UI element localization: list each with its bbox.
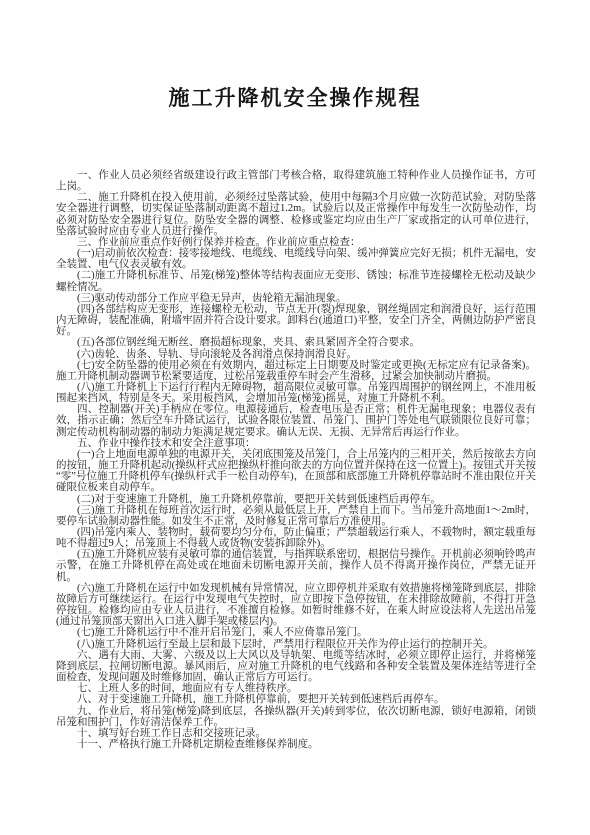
paragraph: (五)施工升降机应装有灵敏可靠的通信装置，与指挥联系密切，根据信号操作。开机前必…	[56, 549, 536, 582]
paragraph: (一)启动前依次检查：接零接地线、电缆线、电缆线导向架、缓冲弹簧应完好无损；机件…	[56, 248, 536, 270]
paragraph: 四、控制器(开关)手柄应在零位。电源接通后，检查电压是否正常；机件无漏电现象；电…	[56, 404, 536, 437]
paragraph: (一)合上地面电源单独的电源开关，关闭底围笼及吊笼门，合上吊笼内的三相开关，然后…	[56, 449, 536, 494]
document-title: 施工升降机安全操作规程	[0, 0, 590, 112]
paragraph: (二)施工升降机标准节、吊笼(梯笼)整体等结构表面应无变形、锈蚀；标准节连接螺栓…	[56, 270, 536, 292]
paragraph: (三)施工升降机在每班首次运行时，必须从最低层上开，严禁自上而下。当吊笼升高地面…	[56, 505, 536, 527]
paragraph: 七、上班人多的时间，地面应有专人维持秩序。	[56, 683, 536, 694]
paragraph: 九、作业后，将吊笼(梯笼)降到底层，各操纵器(开关)转到零位，依次切断电源，锁好…	[56, 706, 536, 728]
paragraph: 三、作业前应重点作好例行保养并检查。作业前应重点检查：	[56, 237, 536, 248]
paragraph: (四)吊笼内乘人、装物时，载荷要均匀分布，防止偏重；严禁超载运行乘人，不载物时，…	[56, 527, 536, 549]
paragraph: (二)对于变速施工升降机，施工升降机停靠前，要把开关转到低速档后再停车。	[56, 494, 536, 505]
paragraph: 十、填写好台班工作日志和交接班记录。	[56, 728, 536, 739]
paragraph: (八)施工升降机上下运行行程内无障碍物，超高限位灵敏可靠。吊笼四周围护的钢丝网上…	[56, 382, 536, 404]
paragraph: 五、作业中操作技术和安全注意事项：	[56, 438, 536, 449]
paragraph: (七)安全防坠器的使用必须在有效期内，超过标定上日期要及时鉴定或更换(无标定应有…	[56, 360, 536, 382]
paragraph: (六)施工升降机在运行中如发现机械有异常情况，应立即停机并采取有效措施将梯笼降到…	[56, 583, 536, 628]
paragraph: 二、施工升降机在投入使用前，必须经过坠落试验，使用中每隔3个月应做一次防范试验，…	[56, 192, 536, 237]
paragraph: (四)各部结构应无变形，连接螺栓无松动，节点无开(裂)焊现象，钢丝绳固定和润滑良…	[56, 304, 536, 337]
document-body: 一、作业人员必须经省级建设行政主管部门考核合格，取得建筑施工特种作业人员操作证书…	[56, 170, 536, 750]
paragraph: 十一、严格执行施工升降机定期检查维修保养制度。	[56, 739, 536, 750]
paragraph: 一、作业人员必须经省级建设行政主管部门考核合格，取得建筑施工特种作业人员操作证书…	[56, 170, 536, 192]
paragraph: (六)齿轮、齿条、导轨、导向滚轮及各润滑点保持润滑良好。	[56, 349, 536, 360]
document-page: 施工升降机安全操作规程 一、作业人员必须经省级建设行政主管部门考核合格，取得建筑…	[0, 0, 590, 835]
paragraph: (八)施工升降机运行至最上层和最下层时，严禁用行程限位开关作为停止运行的控制开关…	[56, 639, 536, 650]
paragraph: (七)施工升降机运行中不准开启吊笼门，乘人不应倚靠吊笼门。	[56, 627, 536, 638]
paragraph: (三)驱动传动部分工作应平稳无异声，齿轮箱无漏油现象。	[56, 293, 536, 304]
paragraph: 六、遇有大雨、大雾、六级及以上大风以及导轨架、电缆等结冰时，必须立即停止运行，并…	[56, 650, 536, 683]
paragraph: 八、对于变速施工升降机，施工升降机停靠前，要把开关转到低速档后再停车。	[56, 694, 536, 705]
paragraph: (五)各部位钢丝绳无断丝、磨损超标现象，夹具、索具紧固齐全符合要求。	[56, 337, 536, 348]
